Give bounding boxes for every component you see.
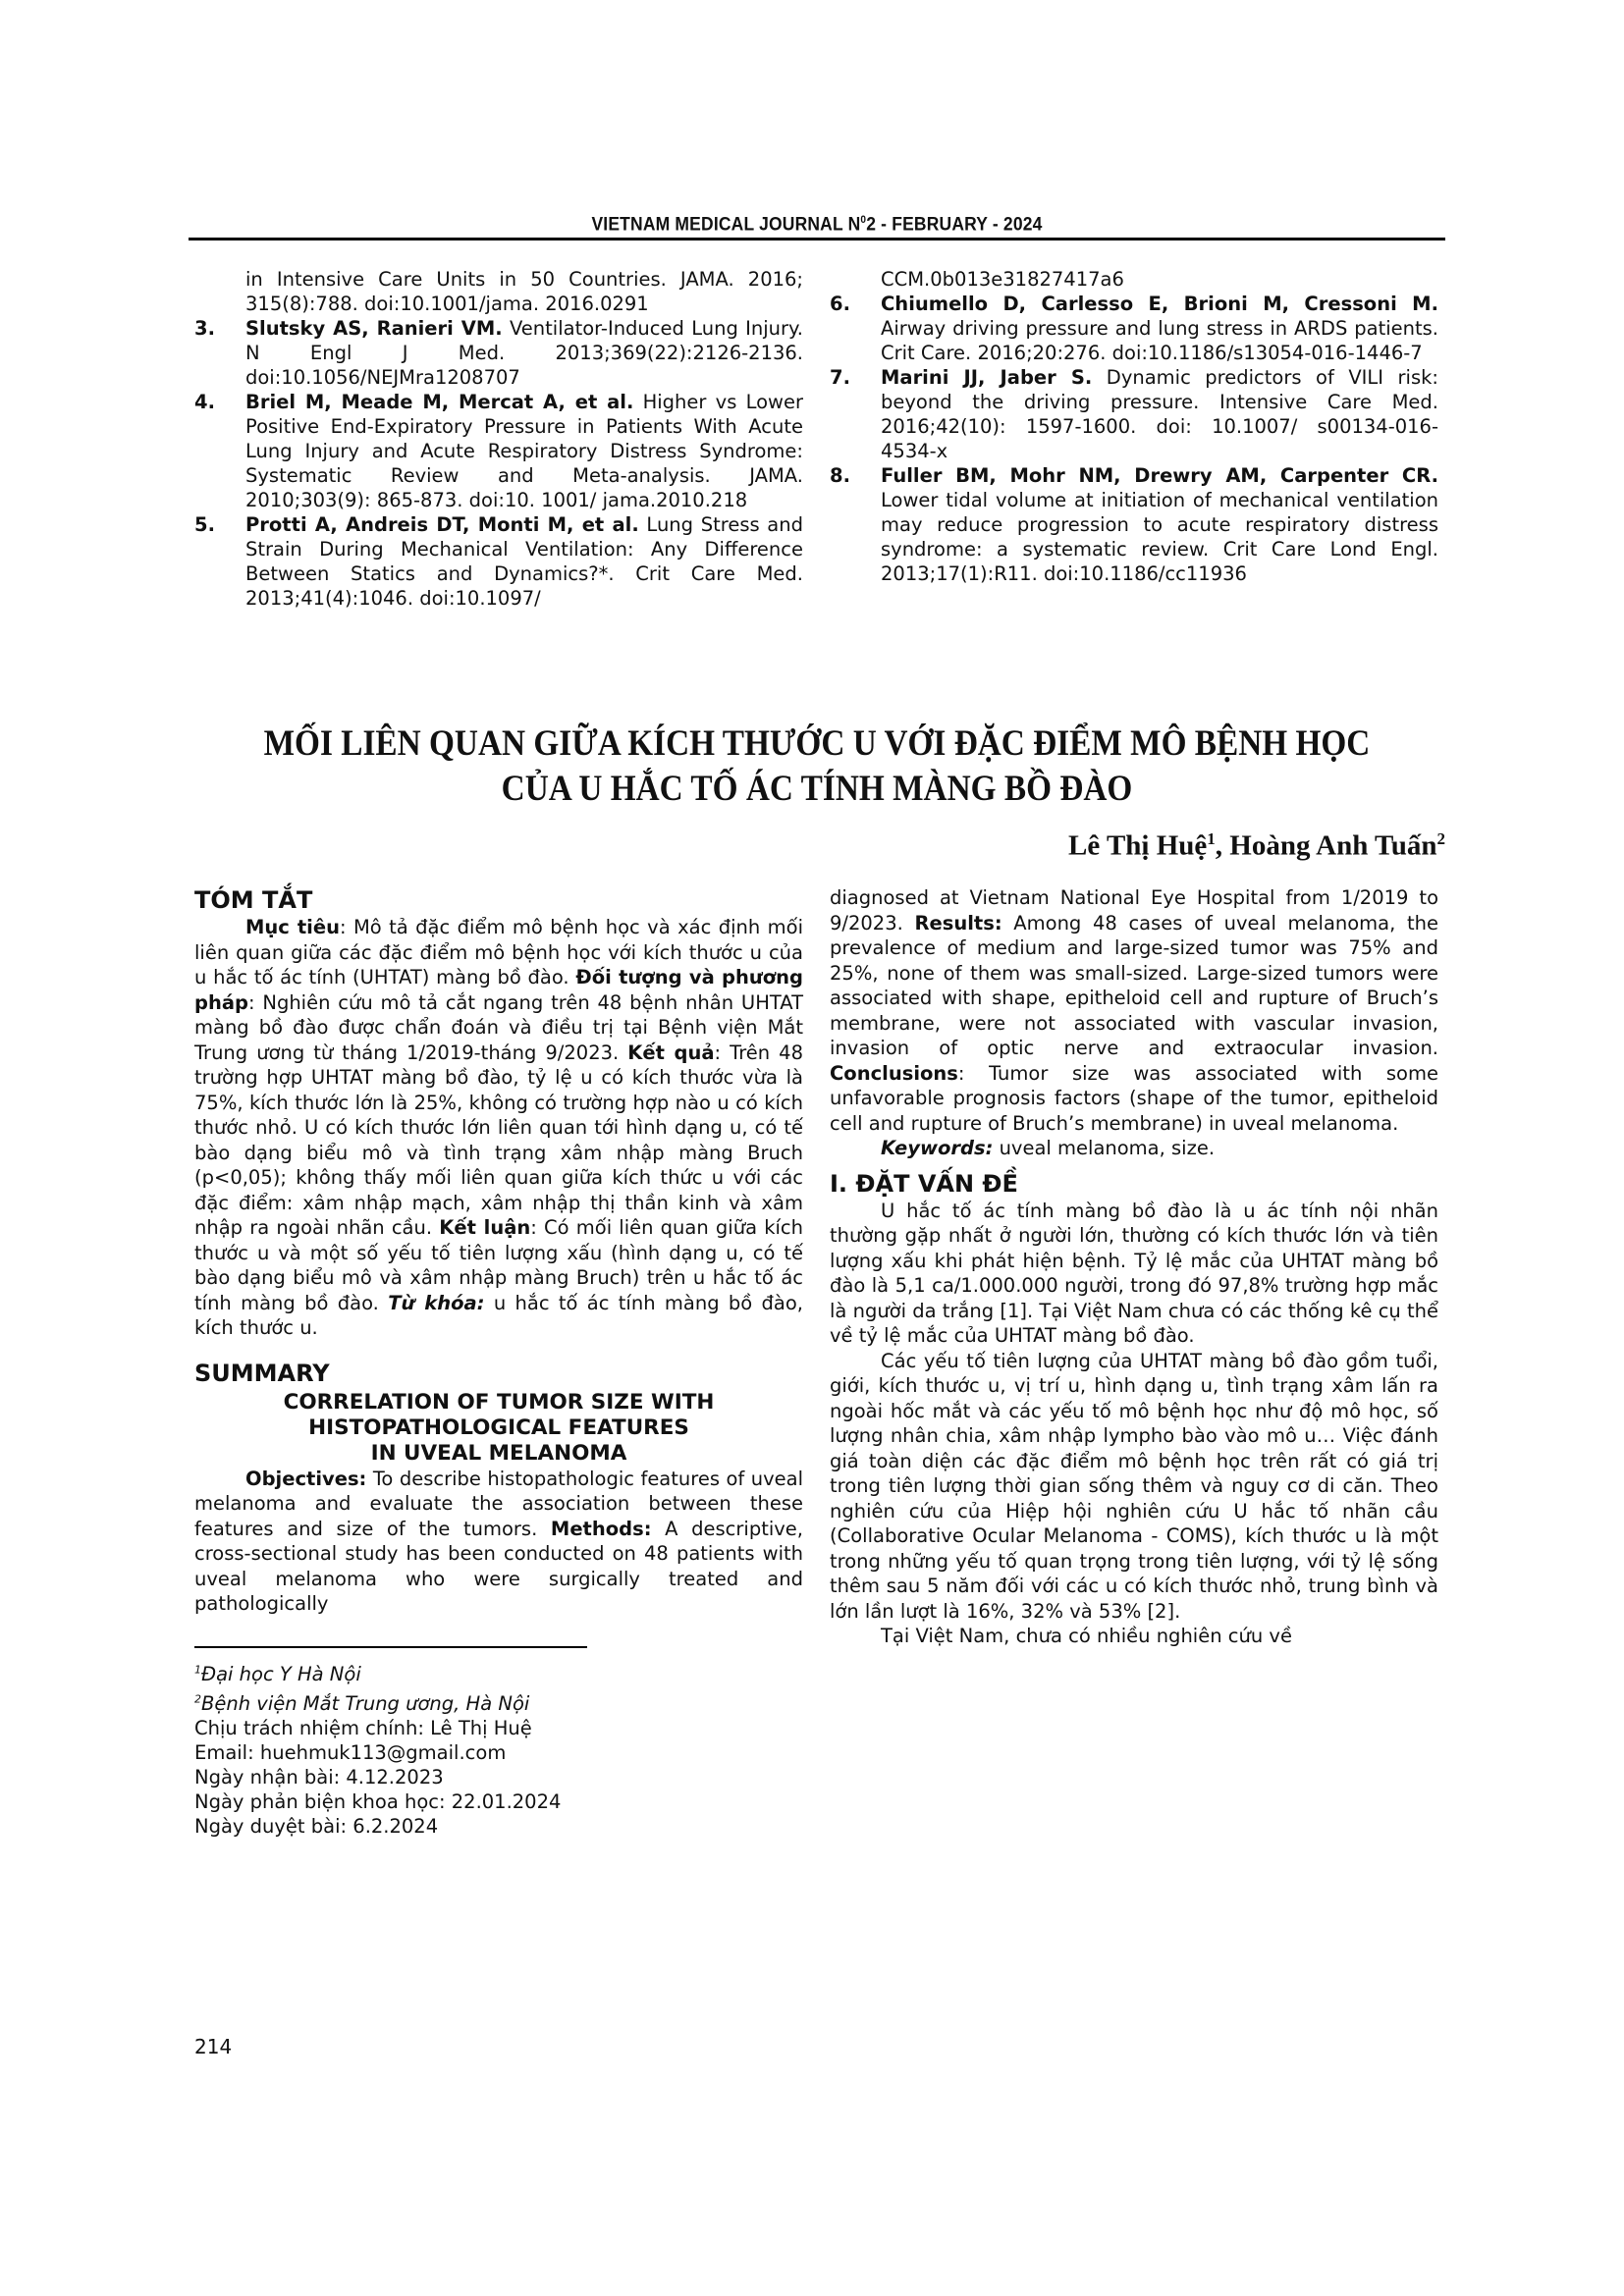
author-name: Hoàng Anh Tuấn [1229, 830, 1436, 862]
references-left: in Intensive Care Units in 50 Countries.… [194, 267, 803, 611]
reference-text: Airway driving pressure and lung stress … [881, 317, 1438, 364]
reference-authors: Briel M, Meade M, Mercat A, et al. [245, 391, 633, 413]
reference-authors: Fuller BM, Mohr NM, Drewry AM, Carpenter… [881, 464, 1438, 487]
page-number: 214 [194, 2035, 232, 2058]
right-column: diagnosed at Vietnam National Eye Hospit… [830, 885, 1438, 1649]
issue-date: 2 - FEBRUARY - 2024 [866, 214, 1042, 235]
summary-keywords: Keywords: uveal melanoma, size. [830, 1136, 1438, 1161]
reference-item: 3. Slutsky AS, Ranieri VM. Ventilator-In… [194, 316, 803, 390]
reference-continuation: in Intensive Care Units in 50 Countries.… [194, 267, 803, 316]
reference-authors: Protti A, Andreis DT, Monti M, et al. [245, 513, 639, 536]
reference-item: 5. Protti A, Andreis DT, Monti M, et al.… [194, 512, 803, 611]
reference-text: Lower tidal volume at initiation of mech… [881, 489, 1438, 585]
journal-page: VIETNAM MEDICAL JOURNAL N02 - FEBRUARY -… [0, 0, 1624, 2296]
introduction-heading: I. ĐẶT VẤN ĐỀ [830, 1169, 1438, 1199]
reference-continuation: CCM.0b013e31827417a6 [830, 267, 1438, 292]
summary-title: CORRELATION OF TUMOR SIZE WITH HISTOPATH… [194, 1390, 803, 1467]
reference-item: 7. Marini JJ, Jaber S. Dynamic predictor… [830, 365, 1438, 463]
email: Email: huehmuk113@gmail.com [194, 1740, 803, 1765]
introduction-paragraph: U hắc tố ác tính màng bồ đào là u ác tín… [830, 1199, 1438, 1349]
summary-text-continued: diagnosed at Vietnam National Eye Hospit… [830, 885, 1438, 1136]
reference-item: 6. Chiumello D, Carlesso E, Brioni M, Cr… [830, 292, 1438, 365]
article-title: MỐI LIÊN QUAN GIỮA KÍCH THƯỚC U VỚI ĐẶC … [252, 721, 1381, 812]
received-date: Ngày nhận bài: 4.12.2023 [194, 1765, 803, 1789]
affiliation: Đại học Y Hà Nội [201, 1663, 361, 1685]
summary-text: Objectives: To describe histopathologic … [194, 1467, 803, 1617]
introduction-paragraph: Tại Việt Nam, chưa có nhiều nghiên cứu v… [830, 1624, 1438, 1649]
summary-heading: SUMMARY [194, 1359, 803, 1388]
introduction-paragraph: Các yếu tố tiên lượng của UHTAT màng bồ … [830, 1349, 1438, 1625]
abstract-vn-text: Mục tiêu: Mô tả đặc điểm mô bệnh học và … [194, 915, 803, 1341]
footnotes: 1Đại học Y Hà Nội 2Bệnh viện Mắt Trung ư… [194, 1658, 803, 1839]
reference-authors: Slutsky AS, Ranieri VM. [245, 317, 503, 340]
reference-item: 8. Fuller BM, Mohr NM, Drewry AM, Carpen… [830, 463, 1438, 586]
running-header: VIETNAM MEDICAL JOURNAL N02 - FEBRUARY -… [240, 214, 1394, 236]
reference-item: 4. Briel M, Meade M, Mercat A, et al. Hi… [194, 390, 803, 512]
accepted-date: Ngày duyệt bài: 6.2.2024 [194, 1814, 803, 1839]
reference-authors: Marini JJ, Jaber S. [881, 366, 1092, 389]
corresponding-author: Chịu trách nhiệm chính: Lê Thị Huệ [194, 1716, 803, 1740]
left-column: TÓM TẮT Mục tiêu: Mô tả đặc điểm mô bệnh… [194, 885, 803, 1839]
affiliation: Bệnh viện Mắt Trung ương, Hà Nội [201, 1692, 529, 1715]
author-line: Lê Thị Huệ1, Hoàng Anh Tuấn2 [1068, 829, 1445, 863]
footnote-divider [194, 1646, 587, 1648]
header-rule [189, 238, 1445, 240]
author-name: Lê Thị Huệ [1068, 830, 1207, 862]
journal-name: VIETNAM MEDICAL JOURNAL N [591, 214, 860, 235]
reference-authors: Chiumello D, Carlesso E, Brioni M, Cress… [881, 293, 1438, 315]
reviewed-date: Ngày phản biện khoa học: 22.01.2024 [194, 1789, 803, 1814]
references-right: CCM.0b013e31827417a6 6. Chiumello D, Car… [830, 267, 1438, 586]
abstract-vn-heading: TÓM TẮT [194, 885, 803, 915]
